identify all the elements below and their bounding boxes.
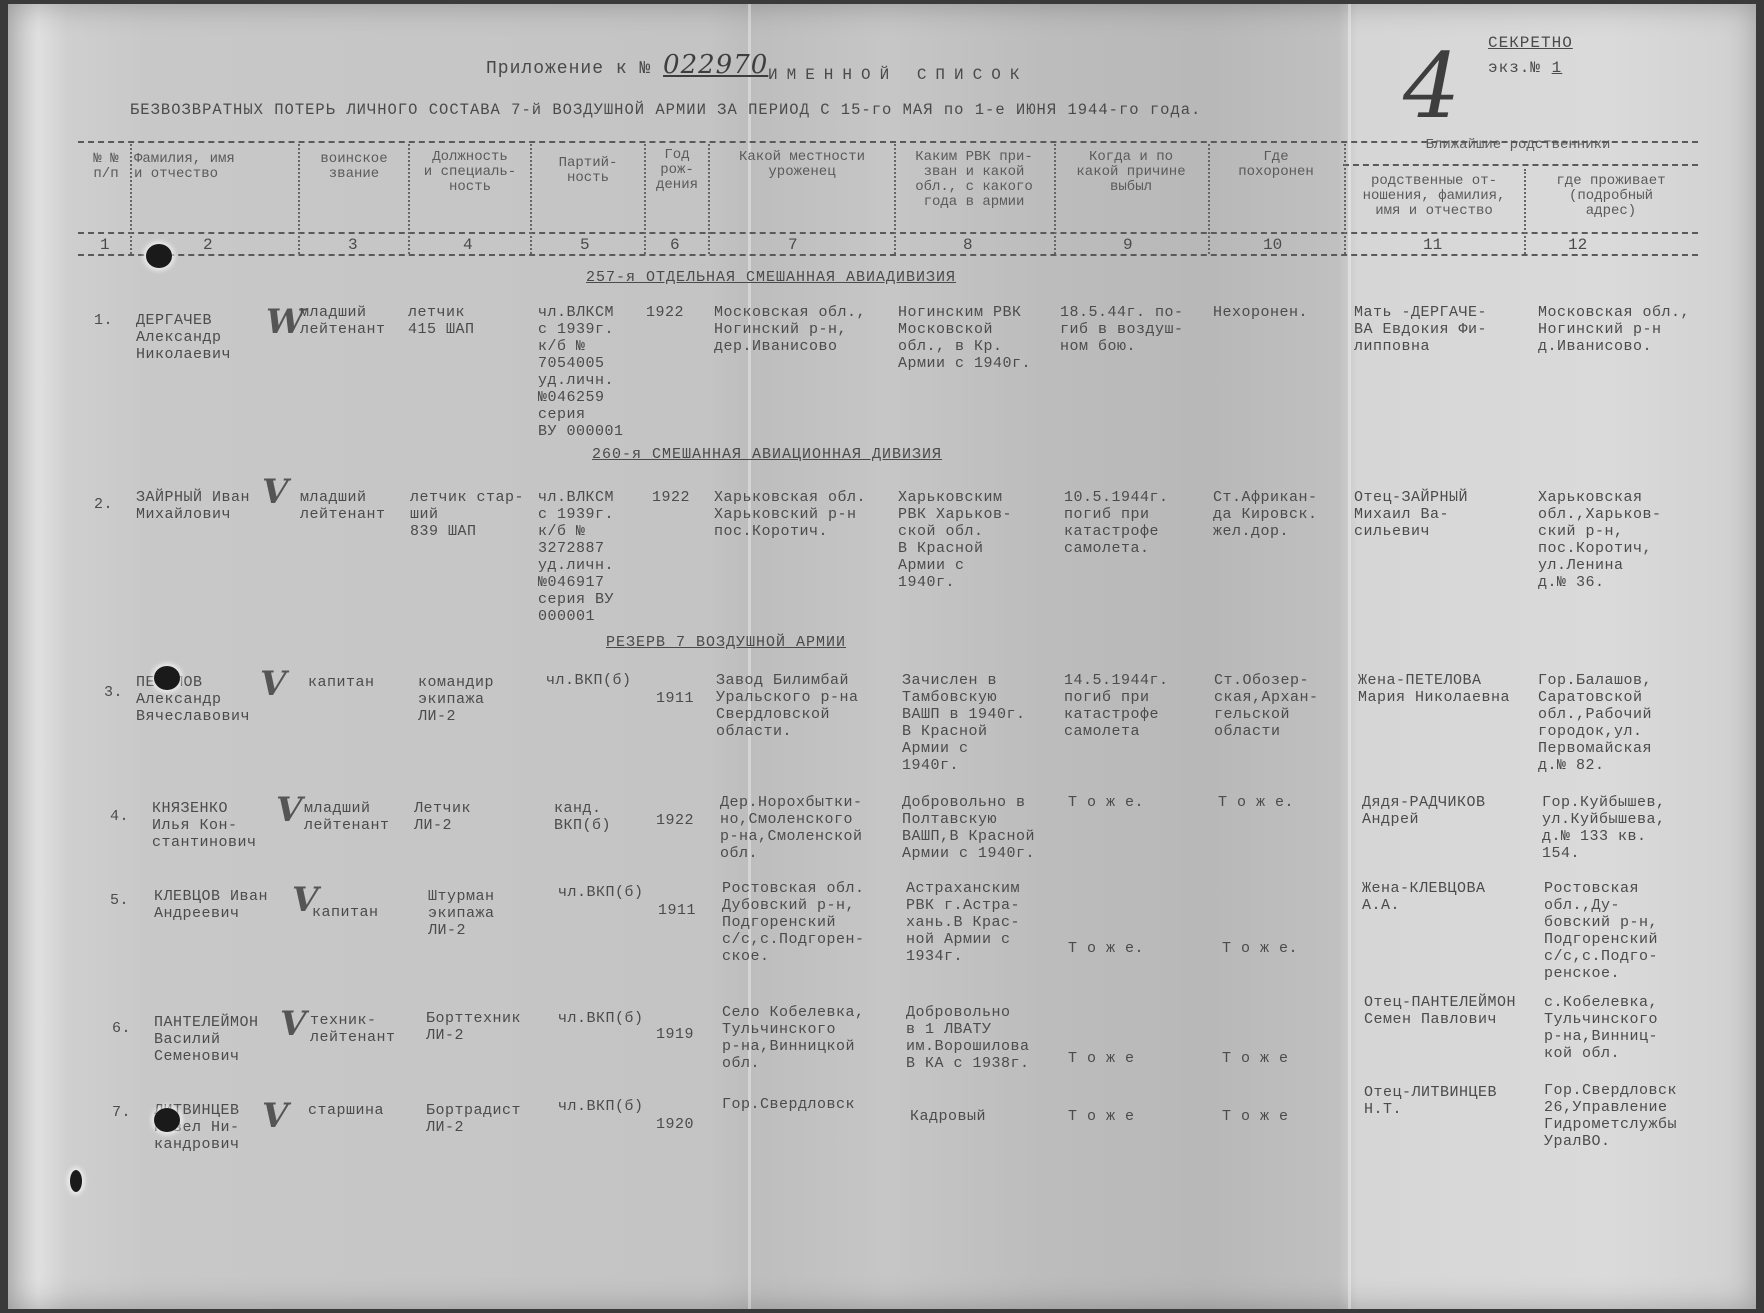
party-membership: чл.ВЛКСМ с 1939г. к/б № 3272887 уд.личн.… [538,489,614,625]
row-number: 1. [94,312,113,329]
birthplace: Ростовская обл. Дубовский р-н, Подгоренс… [722,880,865,965]
loss-date-cause: 18.5.44г. по- гиб в воздуш- ном бою. [1060,304,1184,355]
copy-number-field: экз.№ 1 [1488,59,1562,77]
kin-address: Харьковская обл.,Харьков- ский р-н, пос.… [1538,489,1662,591]
col-number: 2 [203,236,213,254]
loss-date-cause: Т о ж е. [1068,940,1144,957]
kin-address: Ростовская обл.,Ду- бовский р-н, Подгоре… [1544,880,1658,982]
check-mark-icon: V [260,664,286,704]
military-rank: капитан [308,674,375,691]
person-name: ДЕРГАЧЕВ Александр Николаевич [136,312,231,363]
drafted-by: Зачислен в Тамбовскую ВАШП в 1940г. В Кр… [902,672,1026,774]
document-title: ИМЕННОЙ СПИСОК [768,66,1028,84]
birthplace: Село Кобелевка, Тульчинского р-на,Винниц… [722,1004,865,1072]
position: летчик 415 ШАП [408,304,475,338]
drafted-by: Кадровый [910,1108,986,1125]
appendix-label: Приложение к № 022970 [486,50,768,80]
kin-address: Гор.Балашов, Саратовской обл.,Рабочий го… [1538,672,1652,774]
col-number: 7 [788,236,798,254]
secret-stamp: СЕКРЕТНО [1488,34,1573,52]
birthplace: Московская обл., Ногинский р-н, дер.Иван… [714,304,866,355]
position: летчик стар- ший 839 ШАП [410,489,524,540]
col-header-9: Когда и по какой причине выбыл [1056,150,1206,195]
loss-date-cause: 10.5.1944г. погиб при катастрофе самолет… [1064,489,1169,557]
row-number: 3. [104,684,123,701]
next-of-kin: Дядя-РАДЧИКОВ Андрей [1362,794,1486,828]
section-heading: 257-я ОТДЕЛЬНАЯ СМЕШАННАЯ АВИАДИВИЗИЯ [586,269,956,286]
kin-address: Гор.Куйбышев, ул.Куйбышева, д.№ 133 кв. … [1542,794,1666,862]
column-separator [130,144,132,254]
section-heading: РЕЗЕРВ 7 ВОЗДУШНОЙ АРМИИ [606,634,846,651]
row-number: 6. [112,1020,131,1037]
col-header-10: Где похоронен [1210,150,1342,180]
burial-place: Т о ж е [1222,1050,1289,1067]
appendix-number: 022970 [663,50,768,80]
birthplace: Завод Билимбай Уральского р-на Свердловс… [716,672,859,740]
military-rank: техник- лейтенант [310,1012,396,1046]
birth-year: 1911 [656,690,694,707]
birthplace: Гор.Свердловск [722,1096,855,1113]
col-header-1: № № п/п [84,152,128,182]
relatives-subrule [1343,164,1698,166]
party-membership: чл.ВКП(б) [558,1098,644,1115]
birth-year: 1920 [656,1116,694,1133]
party-membership: чл.ВКП(б) [558,884,644,901]
row-number: 5. [110,892,129,909]
drafted-by: Харьковским РВК Харьков- ской обл. В Кра… [898,489,1012,591]
person-name: ЗАЙРНЫЙ Иван Михайлович [136,489,250,523]
col-number: 5 [580,236,590,254]
kin-address: с.Кобелевка, Тульчинского р-на,Винниц- к… [1544,994,1658,1062]
drafted-by: Ногинским РВК Московской обл., в Кр. Арм… [898,304,1031,372]
military-rank: старшина [308,1102,384,1119]
position: командир экипажа ЛИ-2 [418,674,494,725]
row-number: 7. [112,1104,131,1121]
burial-place: Т о ж е. [1218,794,1294,811]
military-rank: младший лейтенант [300,304,386,338]
drafted-by: Добровольно в Полтавскую ВАШП,В Красной … [902,794,1035,862]
column-separator [408,144,410,254]
position: Борттехник ЛИ-2 [426,1010,521,1044]
col-header-11: родственные от- ношения, фамилия, имя и … [1346,174,1522,219]
kin-address: Московская обл., Ногинский р-н д.Иванисо… [1538,304,1690,355]
col-header-3: воинское звание [302,152,406,182]
col-header-6: Год рож- дения [648,148,706,193]
birth-year: 1922 [652,489,690,506]
col-number: 6 [670,236,680,254]
check-mark-icon: V [276,790,302,830]
col-header-12: где проживает (подробный адрес) [1526,174,1696,219]
burial-place: Ст.Африкан- да Кировск. жел.дор. [1213,489,1318,540]
drafted-by: Добровольно в 1 ЛВАТУ им.Ворошилова В КА… [906,1004,1030,1072]
col-number: 12 [1568,236,1587,254]
burial-place: Т о ж е. [1222,940,1298,957]
position: Бортрадист ЛИ-2 [426,1102,521,1136]
col-number: 1 [100,236,110,254]
check-mark-icon: V [262,1096,288,1136]
punch-hole [154,1108,180,1132]
handwritten-page-number: 4 [1403,34,1460,139]
next-of-kin: Отец-ПАНТЕЛЕЙМОН Семен Павлович [1364,994,1516,1028]
next-of-kin: Мать -ДЕРГАЧЕ- ВА Евдокия Фи- липповна [1354,304,1487,355]
loss-date-cause: Т о ж е [1068,1050,1135,1067]
header-bottom-rule [78,232,1698,234]
check-mark-icon: V [262,472,288,512]
col-number: 3 [348,236,358,254]
check-mark-icon: V [280,1004,306,1044]
col-number: 11 [1423,236,1442,254]
column-separator [708,144,710,254]
person-name: ПЕТЕЛОВ Александр Вячеславович [136,674,250,725]
loss-date-cause: 14.5.1944г. погиб при катастрофе самолет… [1064,672,1169,740]
punch-hole [70,1170,82,1192]
col-header-4: Должность и специаль- ность [412,150,528,195]
person-name: КЛЕВЦОВ Иван Андреевич [154,888,268,922]
section-heading: 260-я СМЕШАННАЯ АВИАЦИОННАЯ ДИВИЗИЯ [592,446,942,463]
col-header-2: Фамилия, имя и отчество [134,152,294,182]
column-number-rule [78,254,1698,256]
row-number: 4. [110,808,129,825]
birth-year: 1922 [646,304,684,321]
col-header-7: Какой местности уроженец [712,150,892,180]
next-of-kin: Жена-ПЕТЕЛОВА Мария Николаевна [1358,672,1510,706]
next-of-kin: Отец-ЛИТВИНЦЕВ Н.Т. [1364,1084,1497,1118]
person-name: КНЯЗЕНКО Илья Кон- стантинович [152,800,257,851]
person-name: ПАНТЕЛЕЙМОН Василий Семенович [154,1014,259,1065]
military-rank: капитан [312,904,379,921]
party-membership: канд. ВКП(б) [554,800,611,834]
burial-place: Т о ж е [1222,1108,1289,1125]
col-number: 8 [963,236,973,254]
next-of-kin: Отец-ЗАЙРНЫЙ Михаил Ва- сильевич [1354,489,1468,540]
party-membership: чл.ВЛКСМ с 1939г. к/б № 7054005 уд.личн.… [538,304,624,440]
punch-hole [146,244,172,268]
relatives-group-header: Ближайшие родственники [1348,138,1688,153]
position: Штурман экипажа ЛИ-2 [428,888,495,939]
col-number: 9 [1123,236,1133,254]
col-header-8: Каким РВК при- зван и какой обл., с како… [896,150,1052,210]
drafted-by: Астраханским РВК г.Астра- хань.В Крас- н… [906,880,1020,965]
birth-year: 1919 [656,1026,694,1043]
kin-address: Гор.Свердловск 26,Управление Гидрометслу… [1544,1082,1677,1150]
check-mark-icon: W [266,302,304,342]
next-of-kin: Жена-КЛЕВЦОВА А.А. [1362,880,1486,914]
punch-hole [154,666,180,690]
birth-year: 1911 [658,902,696,919]
birth-year: 1922 [656,812,694,829]
birthplace: Дер.Норохбытки- но,Смоленского р-на,Смол… [720,794,863,862]
col-number: 4 [463,236,473,254]
col-header-5: Партий- ность [534,156,642,186]
loss-date-cause: Т о ж е. [1068,794,1144,811]
col-number: 10 [1263,236,1282,254]
birthplace: Харьковская обл. Харьковский р-н пос.Кор… [714,489,866,540]
document-page: Приложение к № 022970 СЕКРЕТНО экз.№ 1 4… [8,4,1756,1309]
column-separator [298,144,300,254]
party-membership: чл.ВКП(б) [546,672,632,689]
burial-place: Ст.Обозер- ская,Архан- гельской области [1214,672,1319,740]
row-number: 2. [94,496,113,513]
column-separator [530,144,532,254]
position: Летчик ЛИ-2 [414,800,471,834]
document-subtitle: БЕЗВОЗВРАТНЫХ ПОТЕРЬ ЛИЧНОГО СОСТАВА 7-й… [130,101,1201,119]
burial-place: Нехоронен. [1213,304,1308,321]
column-separator [644,144,646,254]
military-rank: младший лейтенант [300,489,386,523]
party-membership: чл.ВКП(б) [558,1010,644,1027]
fold-crease [748,4,751,1309]
loss-date-cause: Т о ж е [1068,1108,1135,1125]
military-rank: младший лейтенант [304,800,390,834]
